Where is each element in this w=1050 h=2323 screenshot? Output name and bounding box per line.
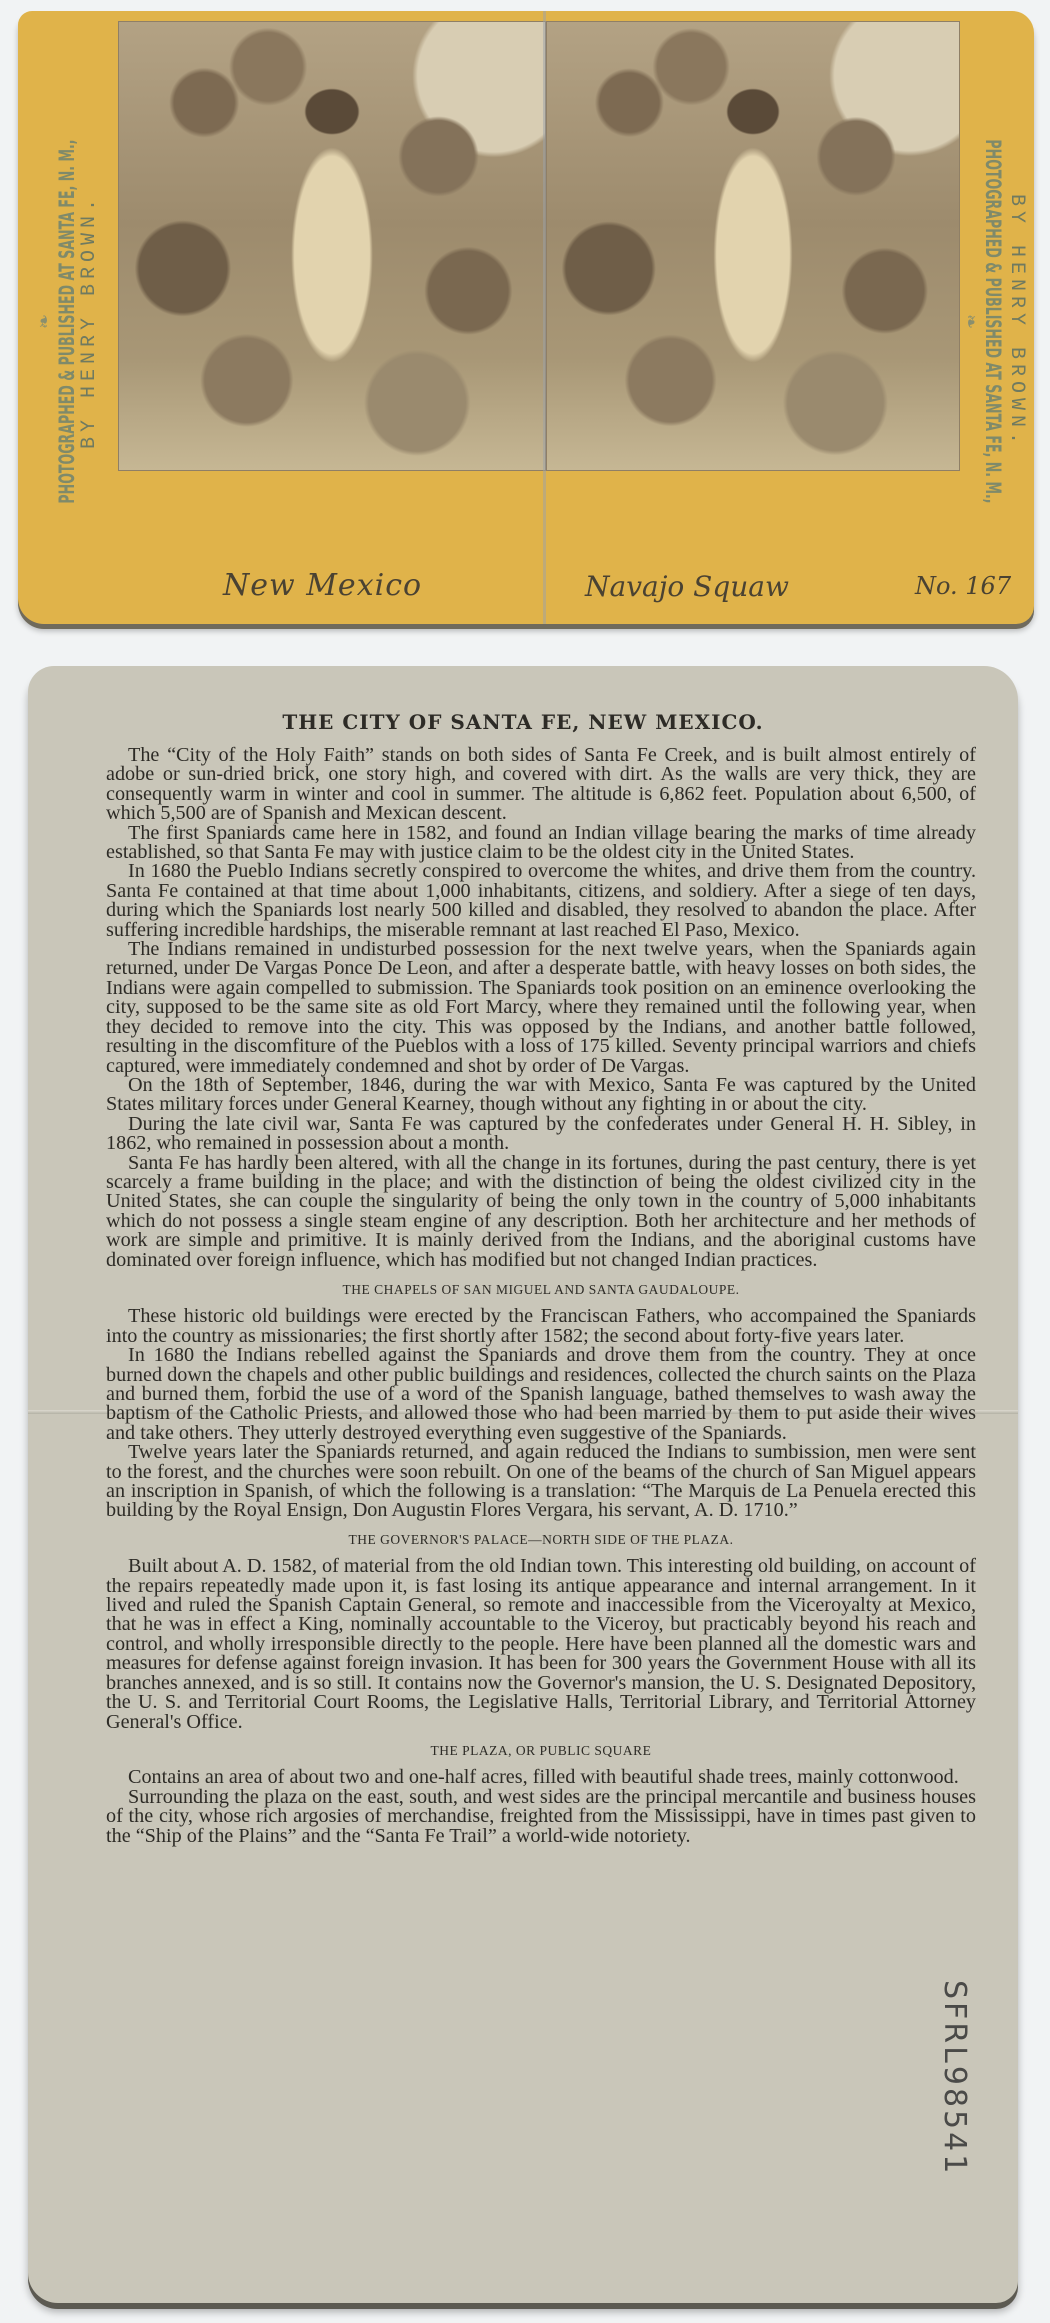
paragraph: The first Spaniards came here in 1582, a… xyxy=(106,824,976,863)
section-heading-chapels: THE CHAPELS OF SAN MIGUEL AND SANTA GAUD… xyxy=(106,1280,976,1299)
paragraph: The “City of the Holy Faith” stands on b… xyxy=(106,746,976,824)
handwritten-archive-number: SFRL98541 xyxy=(937,1980,972,2176)
paragraph: Surrounding the plaza on the east, south… xyxy=(106,1788,976,1846)
paragraph: In 1680 the Indians rebelled against the… xyxy=(106,1346,976,1443)
stereo-photo-right xyxy=(546,21,960,471)
imprint-left: ❧ PHOTOGRAPHED & PUBLISHED AT SANTA FE, … xyxy=(32,51,102,591)
paragraph: The Indians remained in undisturbed poss… xyxy=(106,940,976,1076)
paragraph: Santa Fe has hardly been altered, with a… xyxy=(106,1154,976,1270)
imprint-left-line1: PHOTOGRAPHED & PUBLISHED AT SANTA FE, N.… xyxy=(55,139,79,503)
imprint-right-line2: BY HENRY BROWN. xyxy=(1005,193,1027,448)
handwritten-location: New Mexico xyxy=(223,568,422,603)
section-heading-governors-palace: THE GOVERNOR'S PALACE—NORTH SIDE OF THE … xyxy=(106,1530,976,1549)
paragraph: Contains an area of about two and one-ha… xyxy=(106,1768,976,1787)
page-title: THE CITY OF SANTA FE, NEW MEXICO. xyxy=(28,710,1018,734)
document-body: The “City of the Holy Faith” stands on b… xyxy=(106,746,976,1846)
paragraph: On the 18th of September, 1846, during t… xyxy=(106,1076,976,1115)
imprint-left-line2: BY HENRY BROWN. xyxy=(79,193,101,448)
handwritten-title: Navajo Squaw xyxy=(585,570,789,603)
imprint-right-line1: PHOTOGRAPHED & PUBLISHED AT SANTA FE, N.… xyxy=(981,139,1005,503)
stereograph-front-card: ❧ PHOTOGRAPHED & PUBLISHED AT SANTA FE, … xyxy=(18,11,1034,624)
handwritten-number: No. 167 xyxy=(915,572,1011,600)
paragraph: Built about A. D. 1582, of material from… xyxy=(106,1557,976,1732)
card-crack xyxy=(543,11,546,624)
ornament-icon: ❧ xyxy=(960,313,981,328)
paragraph: Twelve years later the Spaniards returne… xyxy=(106,1443,976,1521)
paragraph: In 1680 the Pueblo Indians secretly cons… xyxy=(106,862,976,940)
section-heading-plaza: THE PLAZA, OR PUBLIC SQUARE xyxy=(106,1741,976,1760)
imprint-right: BY HENRY BROWN. PHOTOGRAPHED & PUBLISHED… xyxy=(958,51,1028,591)
ornament-icon: ❧ xyxy=(34,313,55,328)
paragraph: During the late civil war, Santa Fe was … xyxy=(106,1115,976,1154)
stereo-photo-left xyxy=(118,21,546,471)
stereograph-back-card: THE CITY OF SANTA FE, NEW MEXICO. The “C… xyxy=(28,666,1018,2303)
paragraph: These historic old buildings were erecte… xyxy=(106,1307,976,1346)
